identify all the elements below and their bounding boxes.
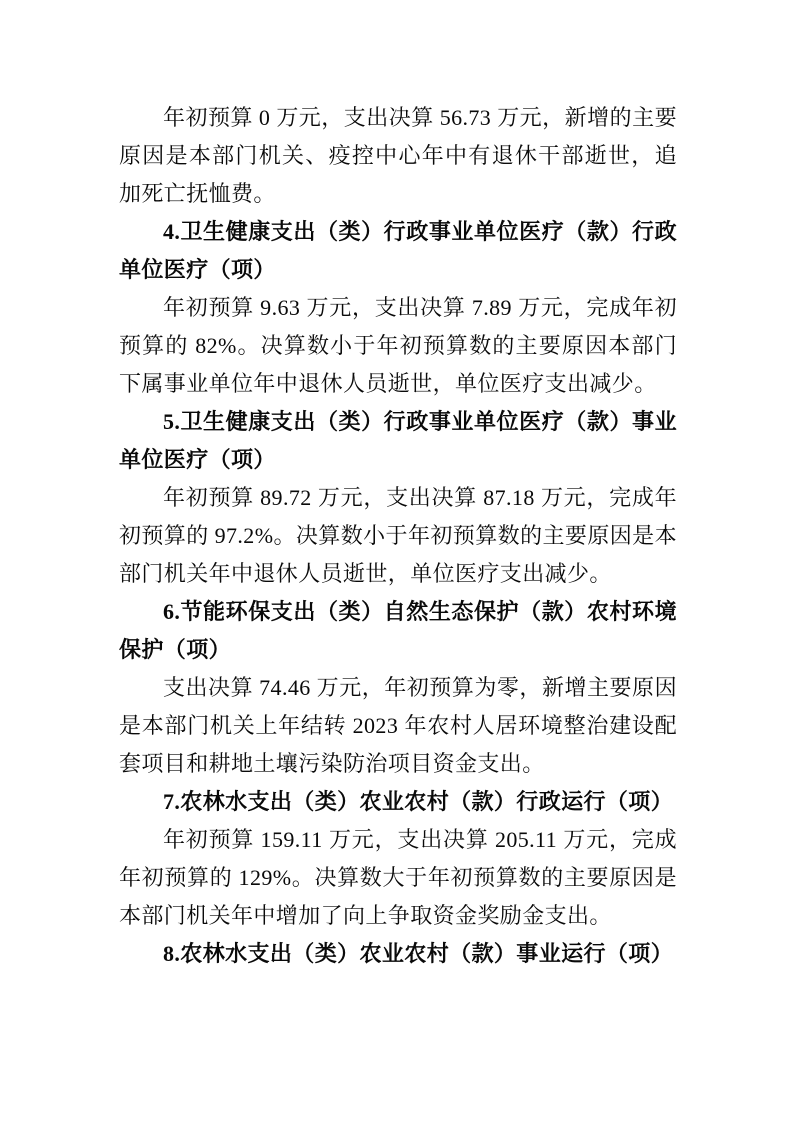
section-heading: 8.农林水支出（类）农业农村（款）事业运行（项） xyxy=(119,935,677,973)
section-heading: 4.卫生健康支出（类）行政事业单位医疗（款）行政单位医疗（项） xyxy=(119,213,677,289)
body-paragraph: 年初预算 9.63 万元，支出决算 7.89 万元，完成年初预算的 82%。决算… xyxy=(119,289,677,403)
body-paragraph: 年初预算 0 万元，支出决算 56.73 万元，新增的主要原因是本部门机关、疫控… xyxy=(119,99,677,213)
body-paragraph: 支出决算 74.46 万元，年初预算为零，新增主要原因是本部门机关上年结转 20… xyxy=(119,669,677,783)
document-body: 年初预算 0 万元，支出决算 56.73 万元，新增的主要原因是本部门机关、疫控… xyxy=(119,99,677,973)
body-paragraph: 年初预算 159.11 万元，支出决算 205.11 万元，完成年初预算的 12… xyxy=(119,821,677,935)
document-page: 年初预算 0 万元，支出决算 56.73 万元，新增的主要原因是本部门机关、疫控… xyxy=(0,0,793,1122)
section-heading: 5.卫生健康支出（类）行政事业单位医疗（款）事业单位医疗（项） xyxy=(119,403,677,479)
body-paragraph: 年初预算 89.72 万元，支出决算 87.18 万元，完成年初预算的 97.2… xyxy=(119,479,677,593)
section-heading: 6.节能环保支出（类）自然生态保护（款）农村环境保护（项） xyxy=(119,593,677,669)
section-heading: 7.农林水支出（类）农业农村（款）行政运行（项） xyxy=(119,783,677,821)
